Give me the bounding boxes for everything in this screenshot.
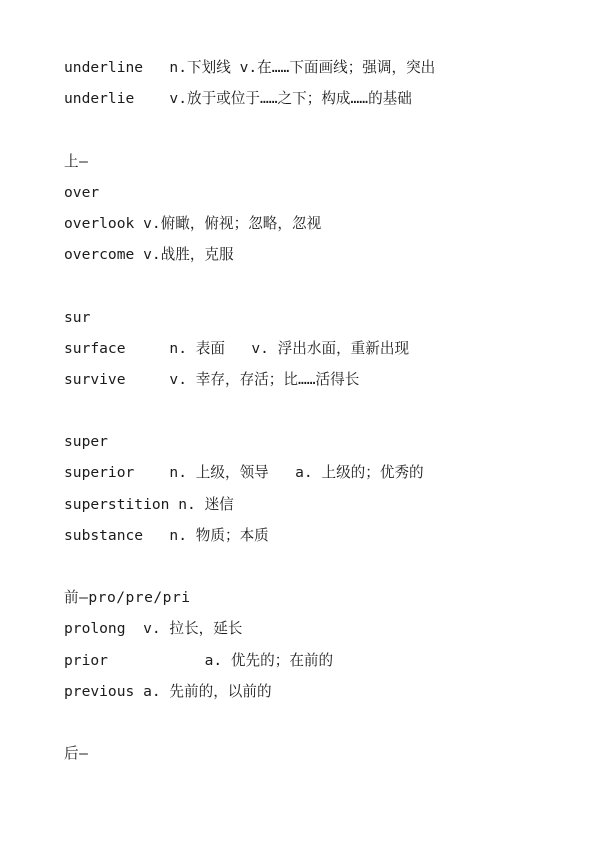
vocab-list: underline n.下划线 v.在……下面画线；强调，突出 underlie… — [0, 0, 596, 769]
prefix-label: sur — [64, 302, 578, 333]
section-over: 上— over overlook v.俯瞰，俯视；忽略，忽视 overcome … — [64, 146, 578, 271]
vocab-entry: surface n. 表面 v. 浮出水面，重新出现 — [64, 333, 578, 364]
document-page: underline n.下划线 v.在……下面画线；强调，突出 underlie… — [0, 0, 596, 842]
section-header: 上— — [64, 146, 578, 177]
prefix-label: over — [64, 177, 578, 208]
vocab-entry: previous a. 先前的，以前的 — [64, 676, 578, 707]
prefix-label: super — [64, 426, 578, 457]
section-pre: 前—pro/pre/pri prolong v. 拉长，延长 prior a. … — [64, 582, 578, 707]
vocab-entry: prolong v. 拉长，延长 — [64, 613, 578, 644]
section-post: 后— — [64, 738, 578, 769]
vocab-entry: overlook v.俯瞰，俯视；忽略，忽视 — [64, 208, 578, 239]
vocab-entry: prior a. 优先的；在前的 — [64, 645, 578, 676]
section-super: super superior n. 上级，领导 a. 上级的；优秀的 super… — [64, 426, 578, 551]
vocab-entry: superstition n. 迷信 — [64, 489, 578, 520]
section-sur: sur surface n. 表面 v. 浮出水面，重新出现 survive v… — [64, 302, 578, 396]
section-under: underline n.下划线 v.在……下面画线；强调，突出 underlie… — [64, 52, 578, 114]
vocab-entry: superior n. 上级，领导 a. 上级的；优秀的 — [64, 457, 578, 488]
vocab-entry: overcome v.战胜，克服 — [64, 239, 578, 270]
vocab-entry: underline n.下划线 v.在……下面画线；强调，突出 — [64, 52, 578, 83]
vocab-entry: substance n. 物质；本质 — [64, 520, 578, 551]
section-header: 后— — [64, 738, 578, 769]
vocab-entry: survive v. 幸存，存活；比……活得长 — [64, 364, 578, 395]
section-header: 前—pro/pre/pri — [64, 582, 578, 613]
vocab-entry: underlie v.放于或位于……之下；构成……的基础 — [64, 83, 578, 114]
